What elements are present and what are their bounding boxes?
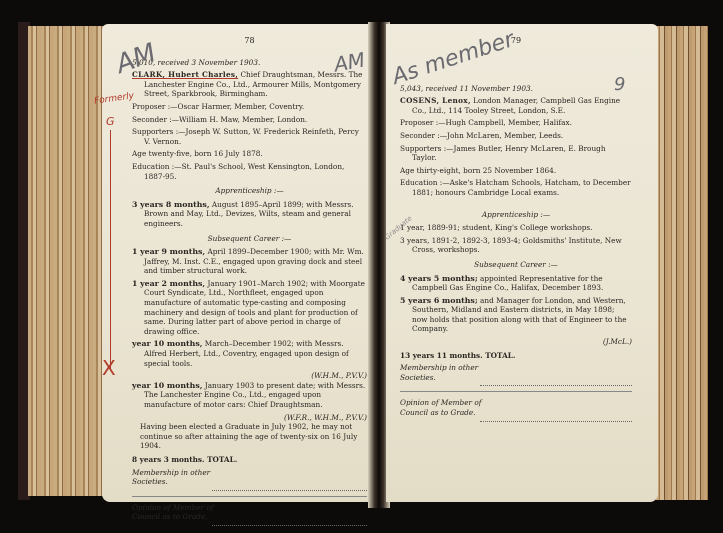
duration: 1 year 9 months, [132, 247, 205, 256]
supporters: Supporters :—James Butler, Henry McLaren… [400, 144, 632, 163]
page-number: 78 [132, 36, 367, 46]
opinion-label: Opinion of Member of Council as to Grade… [132, 503, 222, 522]
career-item: 4 years 5 months; appointed Representati… [400, 274, 632, 293]
career-item: year 10 months, January 1903 to present … [132, 381, 367, 410]
duration: 5 years 6 months; [400, 296, 478, 305]
supporters: Supporters :—Joseph W. Sutton, W. Freder… [132, 127, 367, 146]
apprenticeship-text: 1889-91; student, King's College worksho… [427, 223, 592, 232]
total-line: 8 years 3 months. TOTAL. [132, 455, 367, 465]
education: Education :—Aske's Hatcham Schools, Hatc… [400, 178, 632, 197]
duration: 4 years 5 months; [400, 274, 478, 283]
opinion-field [480, 421, 632, 422]
membership-field [212, 490, 367, 491]
page-number: 79 [400, 36, 632, 46]
career-initials: (W.F.R., W.H.M., P.V.V.) [132, 413, 367, 423]
duration: year 10 months, [132, 381, 202, 390]
candidate-name: COSENS, Lenox, [400, 96, 471, 105]
page-edges-right [656, 26, 708, 500]
education: Education :—St. Paul's School, West Kens… [132, 162, 367, 181]
apprenticeship-text: 1891-2, 1892-3, 1893-4; Goldsmiths' Inst… [412, 236, 622, 255]
proposer: Proposer :—Oscar Harmer, Member, Coventr… [132, 102, 367, 112]
career-heading: Subsequent Career :— [400, 260, 632, 270]
membership-field [480, 385, 632, 386]
career-initials: (J.McL.) [400, 337, 632, 347]
duration: 1 year 2 months, [132, 279, 205, 288]
right-page: 79 5,043, received 11 November 1903. COS… [386, 24, 658, 502]
candidate-entry: COSENS, Lenox, London Manager, Campbell … [400, 96, 632, 115]
red-margin-line [110, 130, 111, 370]
seconder: Seconder :—John McLaren, Member, Leeds. [400, 131, 632, 141]
left-page-content: 78 5,010, received 3 November 1903. CLAR… [132, 36, 367, 531]
career-item: 1 year 9 months, April 1899–December 190… [132, 247, 367, 276]
apprenticeship-item: 3 years, 1891-2, 1892-3, 1893-4; Goldsmi… [400, 236, 632, 255]
graduate-note: Having been elected a Graduate in July 1… [132, 422, 367, 451]
career-heading: Subsequent Career :— [132, 234, 367, 244]
pencil-annotation-number: 9 [614, 74, 625, 95]
membership-label: Membership in other Societies. [400, 363, 480, 382]
received-line: 5,043, received 11 November 1903. [400, 84, 632, 94]
opinion-field [212, 525, 367, 526]
red-annotation-cross: X [102, 356, 116, 380]
apprenticeship-heading: Apprenticeship :— [400, 210, 632, 220]
career-item: 5 years 6 months; and Manager for London… [400, 296, 632, 334]
divider [400, 391, 632, 392]
left-page: 78 5,010, received 3 November 1903. CLAR… [102, 24, 372, 502]
duration: 3 years 8 months, [132, 200, 210, 209]
apprenticeship-item: 3 years 8 months, August 1895–April 1899… [132, 200, 367, 229]
right-page-content: 79 5,043, received 11 November 1903. COS… [400, 36, 632, 427]
candidate-entry: CLARK, Hubert Charles, Chief Draughtsman… [132, 70, 367, 99]
membership-label: Membership in other Societies. [132, 468, 212, 487]
opinion-label: Opinion of Member of Council as to Grade… [400, 398, 490, 417]
seconder: Seconder :—William H. Maw, Member, Londo… [132, 115, 367, 125]
red-annotation-grade: G [106, 115, 115, 128]
divider [132, 496, 367, 497]
apprenticeship-heading: Apprenticeship :— [132, 186, 367, 196]
total-line: 13 years 11 months. TOTAL. [400, 351, 632, 361]
career-item: year 10 months, March–December 1902; wit… [132, 339, 367, 368]
received-line: 5,010, received 3 November 1903. [132, 58, 367, 68]
duration: 3 years, [400, 236, 429, 245]
age: Age thirty-eight, born 25 November 1864. [400, 166, 632, 176]
proposer: Proposer :—Hugh Campbell, Member, Halifa… [400, 118, 632, 128]
open-ledger-book: 78 5,010, received 3 November 1903. CLAR… [18, 18, 708, 513]
candidate-name: CLARK, Hubert Charles, [132, 70, 238, 79]
career-item: 1 year 2 months, January 1901–March 1902… [132, 279, 367, 337]
age: Age twenty-five, born 16 July 1878. [132, 149, 367, 159]
apprenticeship-item: 1 year, 1889-91; student, King's College… [400, 223, 632, 233]
duration: year 10 months, [132, 339, 202, 348]
career-initials: (W.H.M., P.V.V.) [132, 371, 367, 381]
